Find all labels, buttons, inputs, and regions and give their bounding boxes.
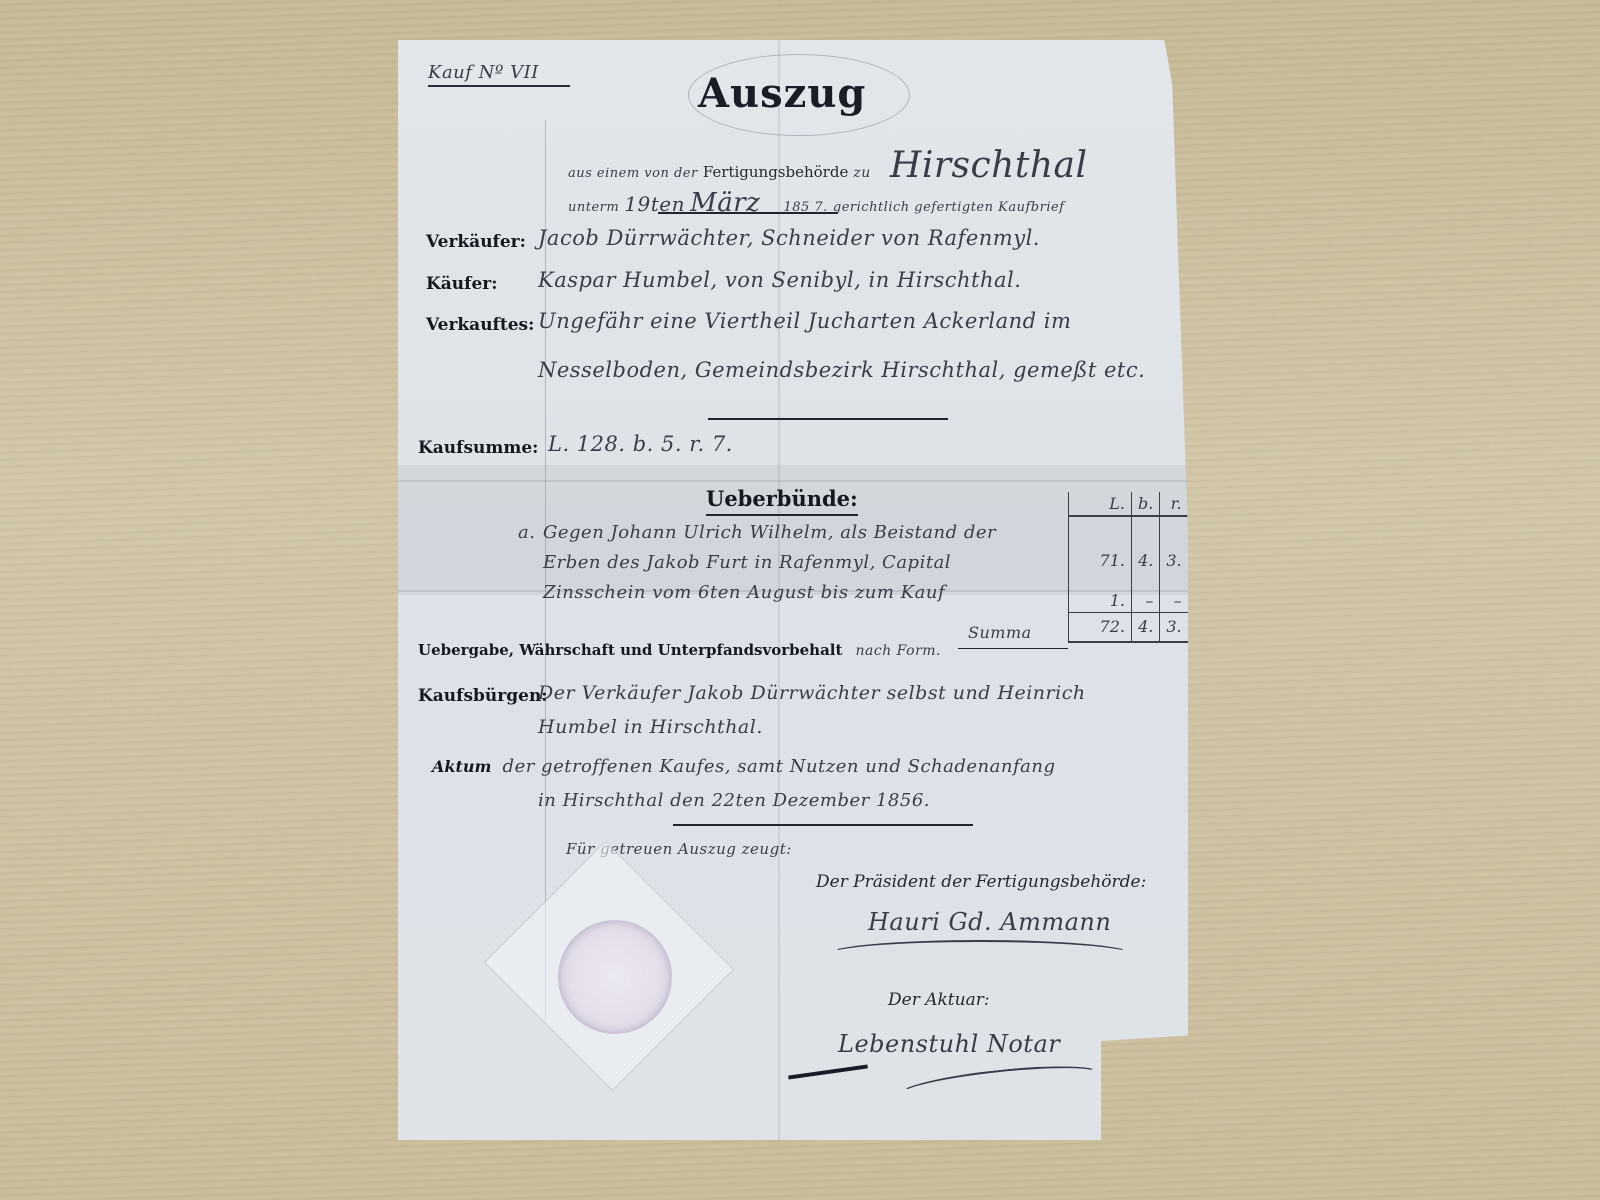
- debts-table: L. b. r. 71. 4. 3. 1. – – 72. 4. 3.: [1068, 492, 1188, 643]
- uebergabe-value: nach Form.: [856, 643, 941, 659]
- verkauftes-value-1: Ungefähr eine Viertheil Jucharten Ackerl…: [538, 309, 1071, 333]
- intro-unterm: unterm: [568, 200, 619, 215]
- signature-flourish-icon: [828, 940, 1132, 968]
- aktum-line-1: Aktum der getroffenen Kaufes, samt Nutze…: [432, 756, 1056, 777]
- section-divider: [708, 418, 948, 420]
- underline: [658, 212, 838, 214]
- table-row: 1. – –: [1069, 572, 1188, 612]
- kaufsbuergen-value-1: Der Verkäufer Jakob Dürrwächter selbst u…: [538, 682, 1086, 704]
- table-cell: 3.: [1160, 516, 1188, 572]
- document-sheet: Kauf Nº VII Auszug aus einem von der Fer…: [398, 40, 1188, 1140]
- intro-zu: zu: [853, 165, 870, 181]
- table-cell: –: [1132, 572, 1160, 612]
- ueberbuende-heading: Ueberbünde:: [706, 486, 858, 516]
- verkauftes-label: Verkauftes:: [426, 315, 534, 335]
- aktum-label: Aktum: [432, 757, 491, 776]
- column-header: L.: [1069, 492, 1132, 516]
- ueberbuende-line: Gegen Johann Ulrich Wilhelm, als Beistan…: [543, 522, 996, 543]
- kaufsumme-label: Kaufsumme:: [418, 438, 538, 458]
- table-cell: 72.: [1069, 612, 1132, 642]
- summa-rule: [958, 648, 1068, 649]
- kauf-number: Kauf Nº VII: [428, 62, 570, 87]
- aktum-text: der getroffenen Kaufes, samt Nutzen und …: [503, 756, 1056, 777]
- intro-authority: Fertigungsbehörde: [703, 163, 849, 181]
- debts-header-row: L. b. r.: [1069, 492, 1188, 516]
- intro-line-1: aus einem von der Fertigungsbehörde zu H…: [568, 145, 1088, 186]
- column-header: r.: [1160, 492, 1188, 516]
- kaeufer-label: Käufer:: [426, 274, 498, 294]
- president-signature: Hauri Gd. Ammann: [868, 908, 1111, 936]
- signature-stroke: [788, 1064, 868, 1079]
- table-cell: –: [1160, 572, 1188, 612]
- intro-prefix: aus einem von der: [568, 166, 698, 181]
- table-cell: 71.: [1069, 516, 1132, 572]
- signature-flourish-icon: [897, 1059, 1103, 1108]
- aktuar-signature: Lebenstuhl Notar: [838, 1030, 1060, 1058]
- aktum-line-2: in Hirschthal den 22ten Dezember 1856.: [538, 790, 930, 811]
- verkauftes-value-2: Nesselboden, Gemeindsbezirk Hirschthal, …: [538, 358, 1145, 382]
- intro-suffix: gerichtlich gefertigten Kaufbrief: [833, 200, 1065, 215]
- ueberbuende-line: Zinsschein vom 6ten August bis zum Kauf: [543, 582, 945, 603]
- aktum-underline: [673, 824, 973, 826]
- uebergabe-line: Uebergabe, Währschaft und Unterpfandsvor…: [418, 640, 941, 659]
- document-title: Auszug: [698, 70, 866, 117]
- table-cell: 4.: [1132, 612, 1160, 642]
- place-name: Hirschthal: [890, 145, 1088, 186]
- uebergabe-label: Uebergabe, Währschaft und Unterpfandsvor…: [418, 641, 842, 659]
- verkaeufer-value: Jacob Dürrwächter, Schneider von Rafenmy…: [538, 226, 1040, 250]
- embossed-seal-icon: [558, 920, 672, 1034]
- kaufsbuergen-label: Kaufsbürgen:: [418, 686, 548, 706]
- kaeufer-value: Kaspar Humbel, von Senibyl, in Hirschtha…: [538, 268, 1021, 292]
- summa-label: Summa: [968, 623, 1032, 642]
- table-cell: 4.: [1132, 516, 1160, 572]
- kaufsbuergen-value-2: Humbel in Hirschthal.: [538, 716, 763, 738]
- table-cell: 3.: [1160, 612, 1188, 642]
- ueberbuende-item-prefix: a.: [518, 522, 535, 543]
- kaufsumme-value: L. 128. b. 5. r. 7.: [548, 432, 733, 456]
- president-label: Der Präsident der Fertigungsbehörde:: [816, 872, 1146, 892]
- column-header: b.: [1132, 492, 1160, 516]
- sum-row: 72. 4. 3.: [1069, 612, 1188, 642]
- ueberbuende-line: Erben des Jakob Furt in Rafenmyl, Capita…: [543, 552, 951, 573]
- table-cell: 1.: [1069, 572, 1132, 612]
- table-row: 71. 4. 3.: [1069, 516, 1188, 572]
- aktuar-label: Der Aktuar:: [888, 990, 990, 1010]
- verkaeufer-label: Verkäufer:: [426, 232, 526, 252]
